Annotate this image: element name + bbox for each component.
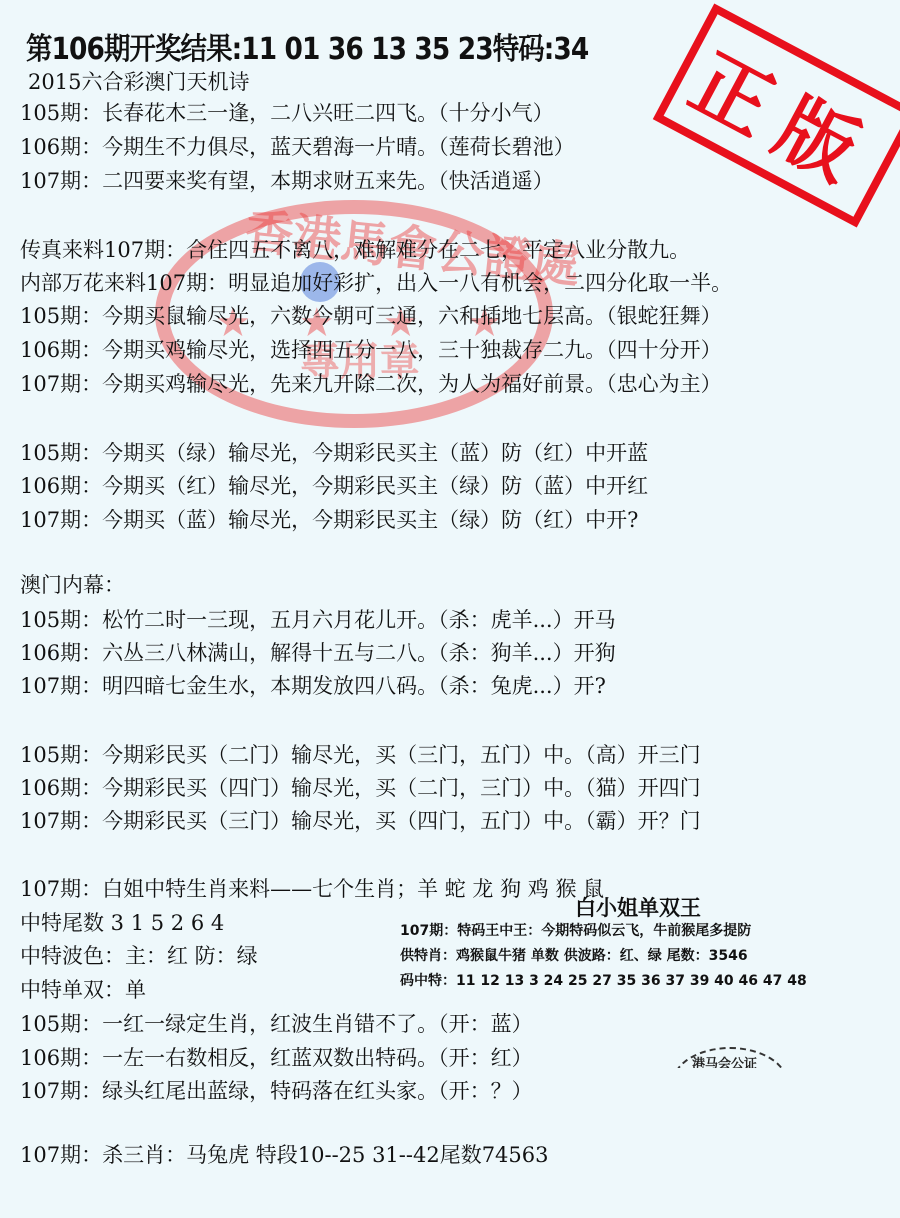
- draw-result-headline: 第106期开奖结果:11 01 36 13 35 23特码:34: [26, 24, 588, 68]
- bai-xiaojie-box-title: 白小姐单双王: [575, 892, 701, 922]
- genuine-stamp-label: 正版: [674, 21, 896, 210]
- internal-line: 内部万花来料107期：明显追加好彩扩，出入一八有机会，二四分化取一半。: [20, 270, 732, 296]
- red-green-line: 105期：一红一绿定生肖，红波生肖错不了。（开：蓝）: [20, 1011, 533, 1037]
- red-green-line: 107期：绿头红尾出蓝绿，特码落在红头家。（开：？）: [20, 1078, 533, 1104]
- poem-line: 106期：今期生不力俱尽，蓝天碧海一片晴。（莲荷长碧池）: [20, 134, 575, 160]
- bai-xiaojie-box-line: 码中特：11 12 13 3 24 25 27 35 36 37 39 40 4…: [400, 970, 807, 990]
- buy-color-line: 107期：今期买（蓝）输尽光，今期彩民买主（绿）防（红）中开?: [20, 507, 638, 533]
- tail-numbers-line: 中特尾数 3 1 5 2 6 4: [20, 910, 224, 936]
- buy-animal-line: 106期：今期买鸡输尽光，选择四五分一八，三十独裁存二九。（四十分开）: [20, 337, 722, 363]
- macau-inside-line: 107期：明四暗七金生水，本期发放四八码。（杀：兔虎...）开?: [20, 673, 606, 699]
- buy-animal-line: 105期：今期买鼠输尽光，六数今朝可三通，六和插地七层高。（银蛇狂舞）: [20, 303, 722, 329]
- kill-zodiac-line: 107期：杀三肖：马兔虎 特段10--25 31--42尾数74563: [20, 1142, 549, 1168]
- poem-line: 105期：长春花木三一逢，二八兴旺二四飞。（十分小气）: [20, 100, 554, 126]
- odd-even-line: 中特单双：单: [20, 977, 146, 1003]
- bai-jie-zodiac-line: 107期：白姐中特生肖来料——七个生肖；羊 蛇 龙 狗 鸡 猴 鼠: [20, 876, 604, 902]
- door-line: 106期：今期彩民买（四门）输尽光，买（二门，三门）中。（猫）开四门: [20, 775, 701, 801]
- macau-inside-line: 105期：松竹二时一三现，五月六月花儿开。（杀：虎羊...）开马: [20, 607, 616, 633]
- poem-subtitle: 2015六合彩澳门天机诗: [28, 66, 249, 96]
- macau-inside-title: 澳门内幕：: [20, 572, 125, 598]
- fax-line: 传真来料107期：合住四五不离八，难解难分在二七，平定八业分散九。: [20, 237, 690, 263]
- macau-inside-line: 106期：六丛三八林满山，解得十五与二八。（杀：狗羊...）开狗: [20, 640, 616, 666]
- seal-cover-strip: [660, 1068, 840, 1128]
- genuine-stamp: 正版: [653, 3, 900, 227]
- lottery-tip-sheet: 香港馬會公證處 ★★★★ 專用章 第106期开奖结果:11 01 36 13 3…: [0, 0, 900, 1218]
- buy-color-line: 106期：今期买（红）输尽光，今期彩民买主（绿）防（蓝）中开红: [20, 473, 648, 499]
- buy-animal-line: 107期：今期买鸡输尽光，先来九开除二次，为人为福好前景。（忠心为主）: [20, 371, 722, 397]
- door-line: 107期：今期彩民买（三门）输尽光，买（四门，五门）中。（霸）开？门: [20, 808, 701, 834]
- poem-line: 107期：二四要来奖有望，本期求财五来先。（快活逍遥）: [20, 168, 554, 194]
- buy-color-line: 105期：今期买（绿）输尽光，今期彩民买主（蓝）防（红）中开蓝: [20, 440, 648, 466]
- door-line: 105期：今期彩民买（二门）输尽光，买（三门，五门）中。（高）开三门: [20, 742, 701, 768]
- bai-xiaojie-box-line: 供特肖：鸡猴鼠牛猪 单数 供波路：红、绿 尾数：3546: [400, 945, 748, 965]
- bai-xiaojie-box-line: 107期：特码王中王：今期特码似云飞，牛前猴尾多提防: [400, 920, 751, 940]
- red-green-line: 106期：一左一右数相反，红蓝双数出特码。（开：红）: [20, 1045, 533, 1071]
- wave-color-line: 中特波色：主：红 防：绿: [20, 943, 258, 969]
